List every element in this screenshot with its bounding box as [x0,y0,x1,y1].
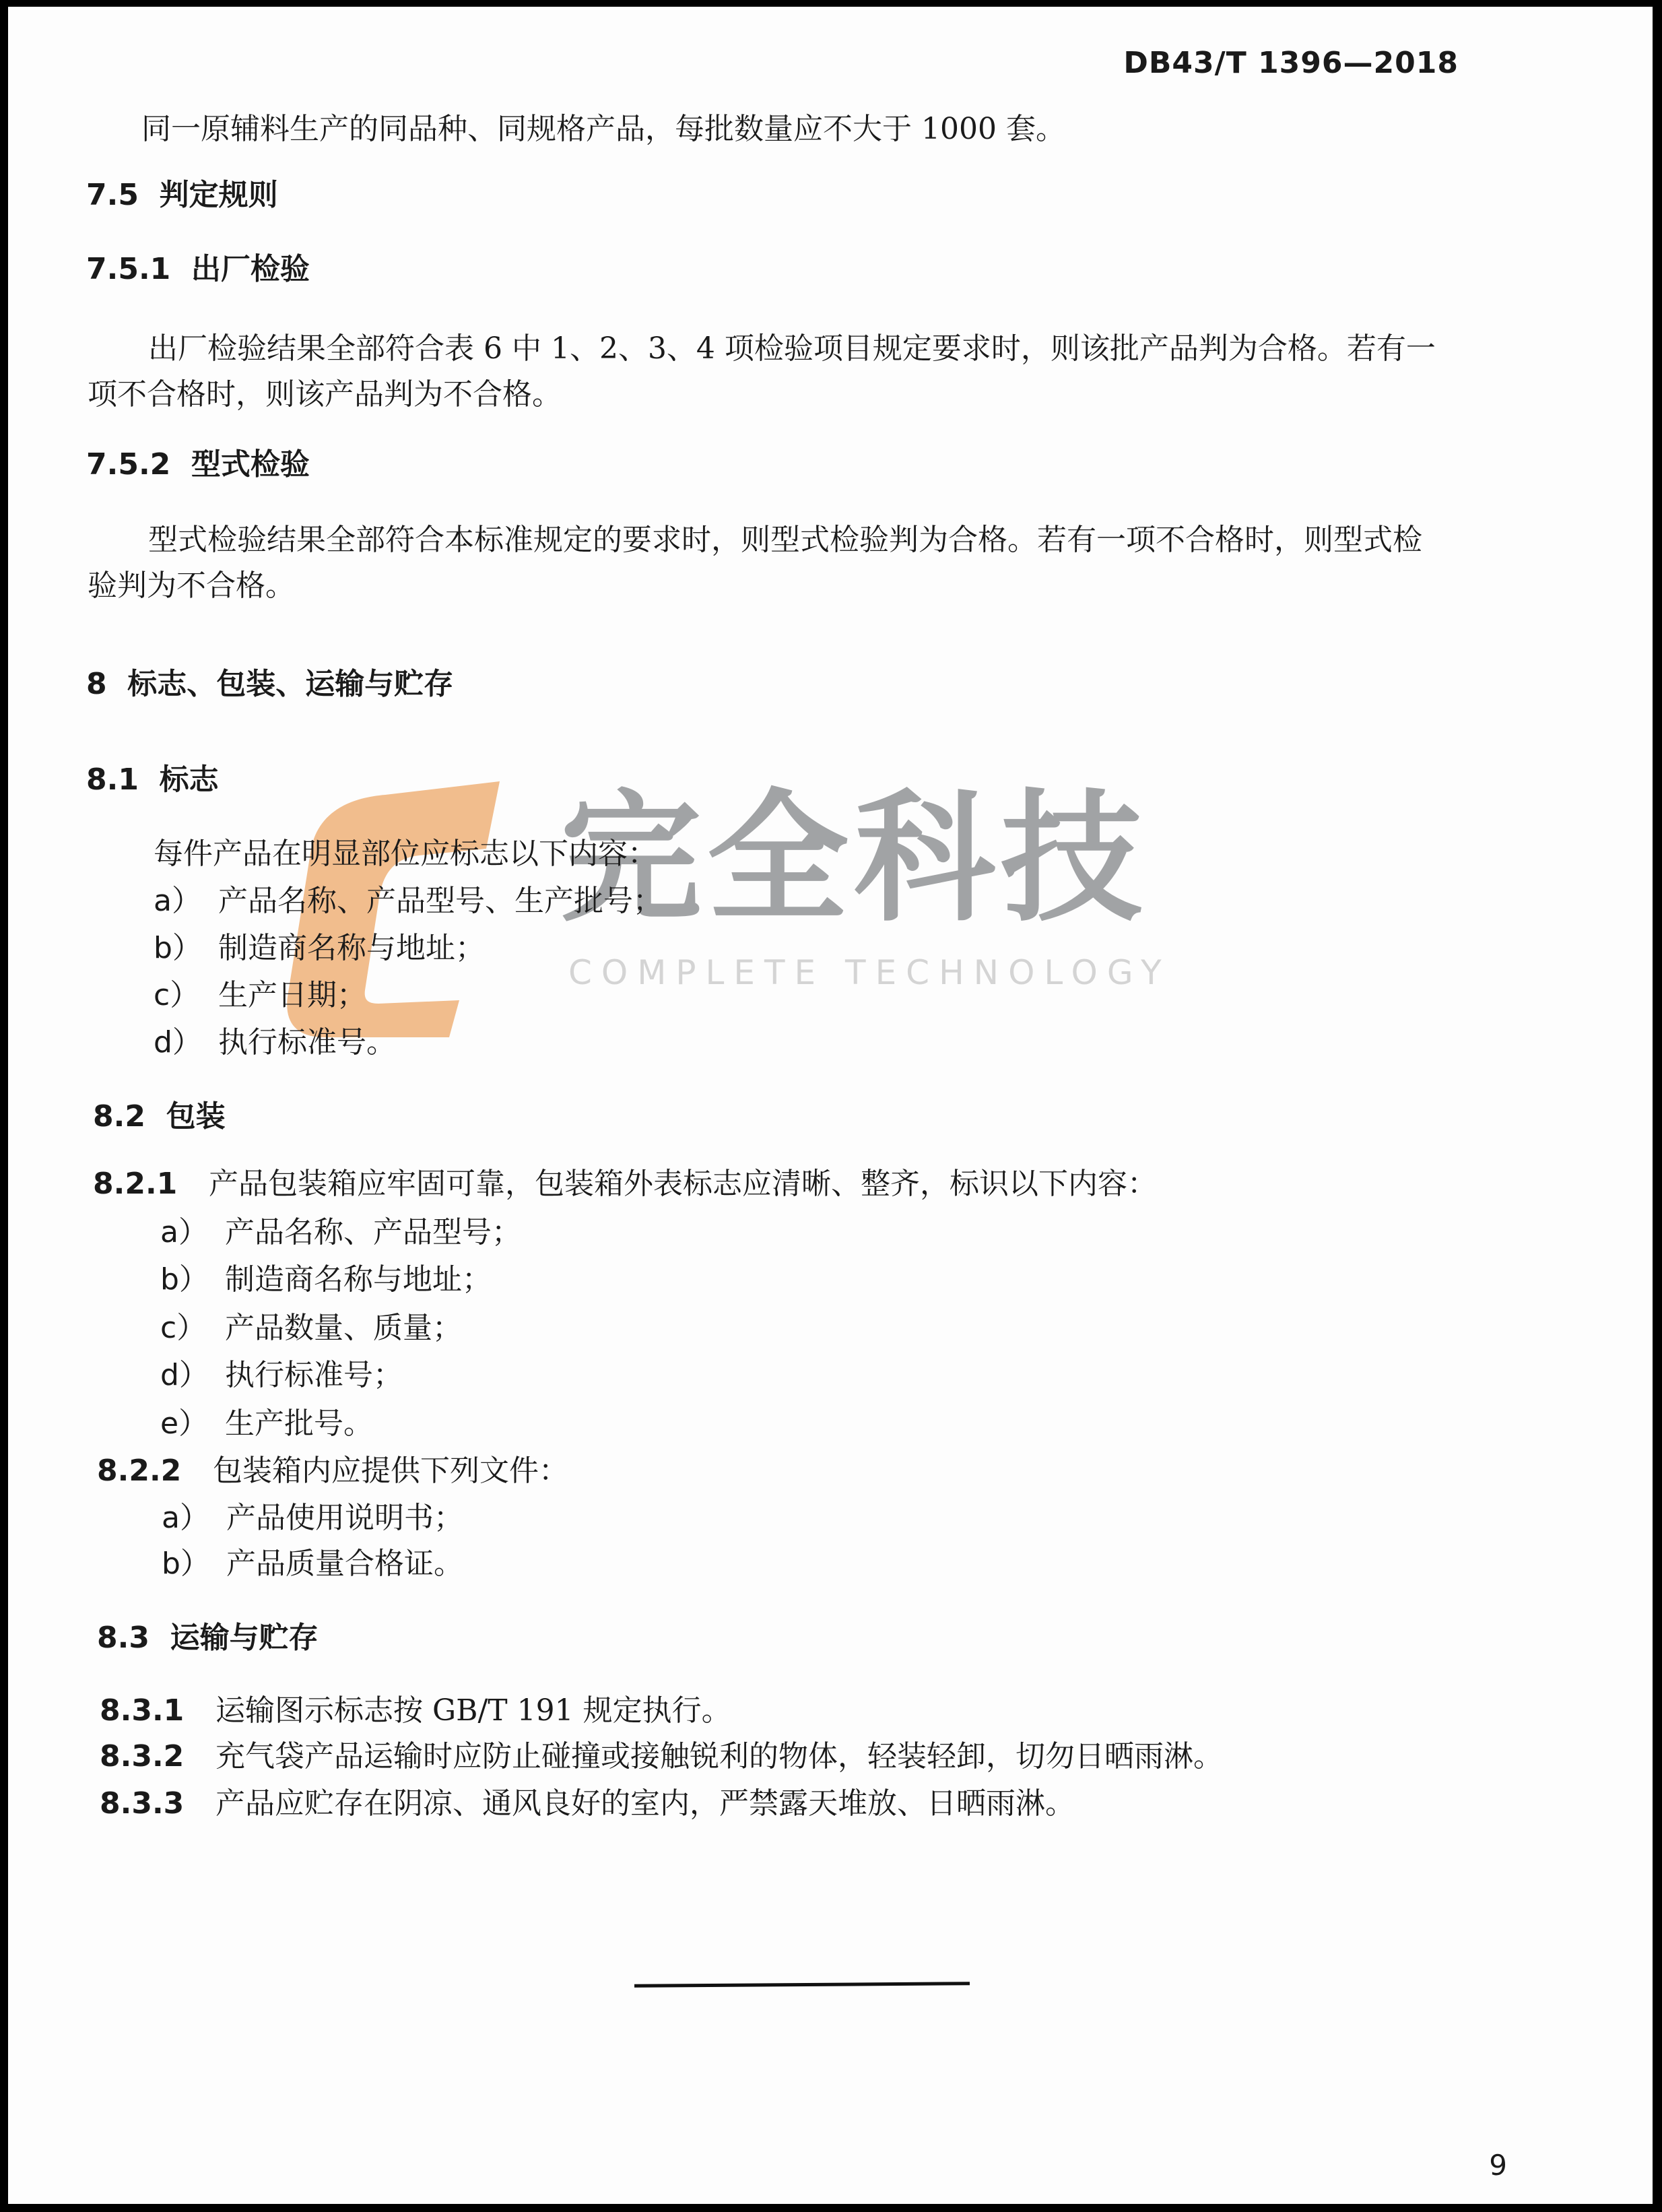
end-of-document-rule [634,1982,970,1987]
clause-number: 8.3.2 [100,1736,215,1777]
list-marker: b） [160,1260,225,1300]
heading-title: 型式检验 [191,447,310,482]
paragraph-7-5-2-line2: 验判为不合格。 [88,566,295,606]
list-text: 执行标准号。 [218,1025,396,1060]
clause-8-3-3: 8.3.3产品应贮存在阴凉、通风良好的室内，严禁露天堆放、日晒雨淋。 [100,1784,1075,1824]
watermark-en-text: COMPLETE TECHNOLOGY [568,953,1171,992]
clause-number: 8.2.1 [93,1164,209,1204]
list-item: e）生产批号。 [160,1404,373,1444]
heading-8: 8 标志、包装、运输与贮存 [86,664,453,705]
list-marker: e） [160,1404,225,1444]
heading-title: 判定规则 [160,178,278,212]
list-item: c）生产日期； [154,975,366,1016]
heading-number: 8.1 [86,760,139,800]
clause-text: 产品包装箱应牢固可靠，包装箱外表标志应清晰、整齐，标识以下内容： [209,1167,1157,1201]
heading-8-3: 8.3 运输与贮存 [97,1618,319,1658]
list-marker: d） [160,1355,225,1396]
list-text: 产品质量合格证。 [226,1547,463,1581]
list-item: b）产品质量合格证。 [162,1544,463,1584]
paragraph-7-5-2-line1: 型式检验结果全部符合本标准规定的要求时，则型式检验判为合格。若有一项不合格时，则… [148,520,1422,560]
list-item: b）制造商名称与地址； [160,1260,492,1300]
list-item: a）产品名称、产品型号、生产批号； [154,881,663,921]
list-marker: c） [160,1308,225,1348]
heading-7-5-1: 7.5.1 出厂检验 [86,249,310,290]
document-page: DB43/T 1396—2018 完全科技 COMPLETE TECHNOLOG… [8,7,1653,2204]
heading-title: 标志 [160,762,219,797]
heading-7-5: 7.5 判定规则 [86,175,278,216]
clause-8-3-2: 8.3.2充气袋产品运输时应防止碰撞或接触锐利的物体，轻装轻卸，切勿日晒雨淋。 [100,1736,1223,1777]
list-text: 制造商名称与地址； [225,1262,492,1297]
list-item: a）产品使用说明书； [162,1498,463,1538]
list-text: 制造商名称与地址； [218,931,485,965]
page-number: 9 [1489,2149,1507,2182]
clause-text: 运输图示标志按 GB/T 191 规定执行。 [215,1693,731,1728]
heading-7-5-2: 7.5.2 型式检验 [86,445,310,485]
heading-number: 7.5.2 [86,445,170,485]
heading-title: 运输与贮存 [170,1621,319,1655]
list-text: 执行标准号； [225,1358,403,1392]
heading-title: 包装 [166,1099,226,1134]
paragraph-8-1-intro: 每件产品在明显部位应标志以下内容： [154,834,657,874]
list-marker: b） [154,928,218,969]
heading-number: 7.5 [86,175,139,216]
list-marker: a） [160,1212,225,1253]
heading-number: 8 [86,664,107,705]
list-text: 生产批号。 [225,1406,373,1441]
heading-number: 7.5.1 [86,249,170,290]
list-marker: b） [162,1544,226,1584]
list-item: c）产品数量、质量； [160,1308,462,1348]
list-marker: d） [154,1022,218,1063]
list-marker: a） [154,881,218,921]
heading-number: 8.3 [97,1618,149,1658]
list-text: 产品使用说明书； [226,1501,463,1535]
list-text: 生产日期； [218,978,366,1012]
heading-title: 出厂检验 [191,252,310,286]
heading-title: 标志、包装、运输与贮存 [127,667,453,701]
list-text: 产品名称、产品型号； [225,1215,521,1249]
heading-number: 8.2 [93,1097,145,1137]
clause-text: 充气袋产品运输时应防止碰撞或接触锐利的物体，轻装轻卸，切勿日晒雨淋。 [215,1739,1223,1774]
clause-text: 产品应贮存在阴凉、通风良好的室内，严禁露天堆放、日晒雨淋。 [215,1786,1075,1821]
clause-number: 8.3.3 [100,1784,215,1824]
list-item: d）执行标准号； [160,1355,403,1396]
list-marker: c） [154,975,218,1016]
list-item: a）产品名称、产品型号； [160,1212,521,1253]
clause-8-3-1: 8.3.1运输图示标志按 GB/T 191 规定执行。 [100,1691,731,1731]
paragraph-7-5-1-line1: 出厂检验结果全部符合表 6 中 1、2、3、4 项检验项目规定要求时，则该批产品… [148,329,1436,369]
heading-8-2: 8.2 包装 [93,1097,226,1137]
clause-number: 8.2.2 [97,1451,213,1491]
list-item: d）执行标准号。 [154,1022,396,1063]
clause-number: 8.3.1 [100,1691,215,1731]
clause-8-2-2: 8.2.2包装箱内应提供下列文件： [97,1451,568,1491]
clause-8-2-1: 8.2.1产品包装箱应牢固可靠，包装箱外表标志应清晰、整齐，标识以下内容： [93,1164,1157,1204]
clause-text: 包装箱内应提供下列文件： [213,1454,568,1488]
list-text: 产品名称、产品型号、生产批号； [218,884,663,918]
intro-paragraph: 同一原辅料生产的同品种、同规格产品，每批数量应不大于 1000 套。 [141,109,1065,150]
standard-code-header: DB43/T 1396—2018 [1123,46,1459,80]
paragraph-7-5-1-line2: 项不合格时，则该产品判为不合格。 [88,375,562,415]
heading-8-1: 8.1 标志 [86,760,219,800]
list-marker: a） [162,1498,226,1538]
list-text: 产品数量、质量； [225,1311,462,1345]
list-item: b）制造商名称与地址； [154,928,485,969]
